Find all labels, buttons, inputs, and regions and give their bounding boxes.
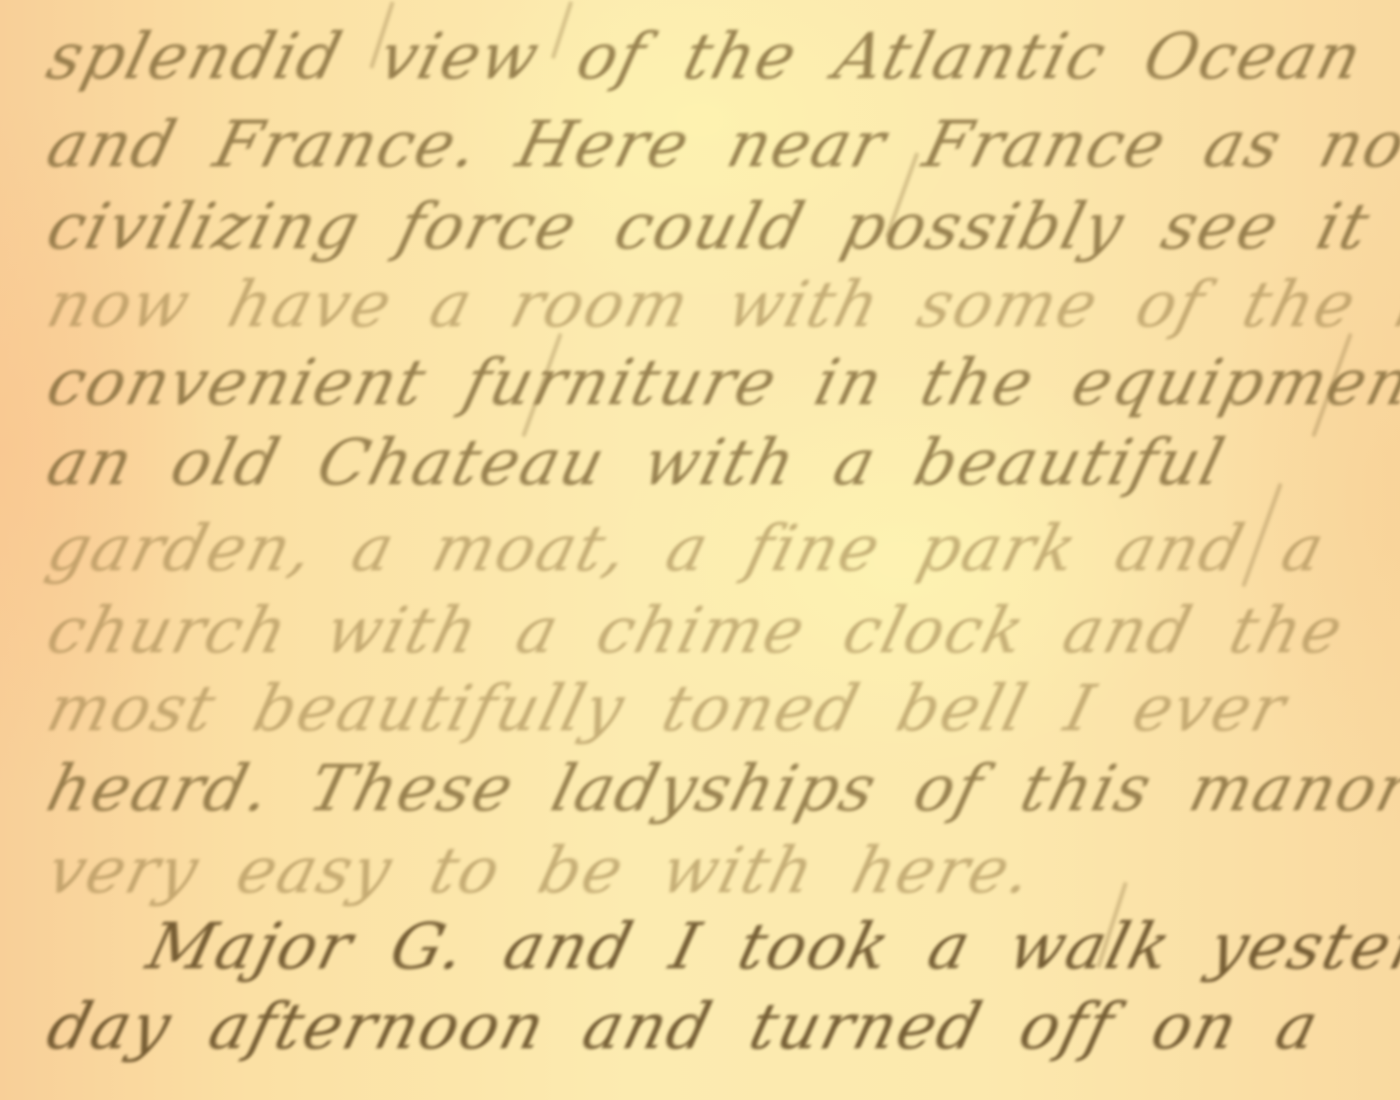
handwritten-line: an old Chateau with a beautiful <box>40 426 1233 500</box>
handwritten-line: church with a chime clock and the <box>40 594 1352 668</box>
handwritten-line: Major G. and I took a walk yester <box>140 910 1400 984</box>
handwritten-line: civilizing force could possibly see it a… <box>40 190 1400 264</box>
handwritten-line: garden, a moat, a fine park and a <box>40 512 1333 586</box>
handwritten-line: now have a room with some of the most <box>40 268 1400 342</box>
handwritten-line: and France. Here near France as no <box>40 108 1400 182</box>
handwritten-line: convenient furniture in the equipment of <box>40 346 1400 420</box>
letter-page: splendid view of the Atlantic Ocean and … <box>0 0 1400 1100</box>
handwritten-line: heard. These ladyships of this manor are <box>40 752 1400 826</box>
handwritten-line: splendid view of the Atlantic Ocean <box>40 20 1371 94</box>
handwritten-line: very easy to be with here. <box>40 834 1041 908</box>
handwritten-line: day afternoon and turned off on a <box>40 990 1327 1064</box>
handwritten-line: most beautifully toned bell I ever <box>40 672 1294 746</box>
